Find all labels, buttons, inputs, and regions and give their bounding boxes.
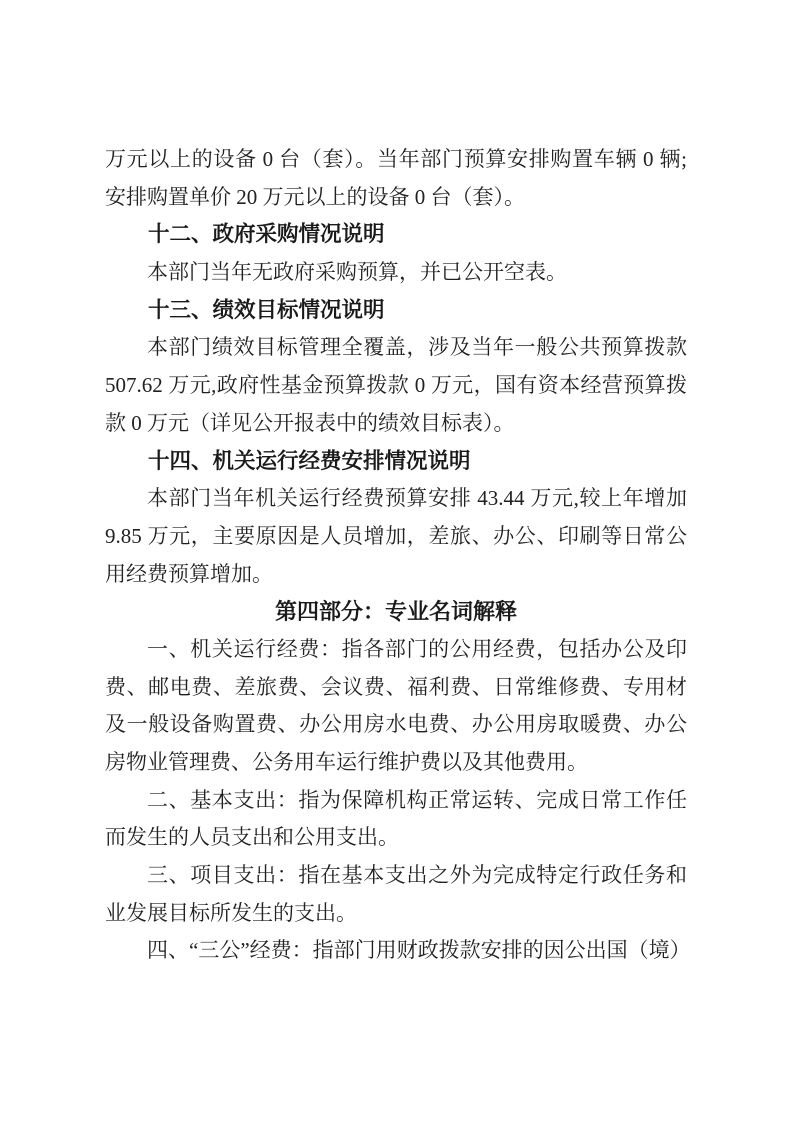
text-line: 用经费预算增加。 bbox=[105, 556, 687, 594]
term-project-expenditure-line: 三、项目支出：指在基本支出之外为完成特定行政任务和事 bbox=[105, 857, 687, 895]
term-basic-expenditure-line: 二、基本支出：指为保障机构正常运转、完成日常工作任务 bbox=[105, 782, 687, 820]
text-line: 款 0 万元（详见公开报表中的绩效目标表）。 bbox=[105, 405, 687, 443]
text-line: 万元以上的设备 0 台（套）。当年部门预算安排购置车辆 0 辆; bbox=[105, 141, 687, 179]
text-line: 业发展目标所发生的支出。 bbox=[105, 895, 687, 933]
heading-operating-funds: 十四、机关运行经费安排情况说明 bbox=[105, 443, 687, 481]
text-line: 安排购置单价 20 万元以上的设备 0 台（套）。 bbox=[105, 179, 687, 217]
document-body: 万元以上的设备 0 台（套）。当年部门预算安排购置车辆 0 辆; 安排购置单价 … bbox=[105, 141, 687, 970]
text-line: 本部门当年无政府采购预算，并已公开空表。 bbox=[105, 254, 687, 292]
document-page: 万元以上的设备 0 台（套）。当年部门预算安排购置车辆 0 辆; 安排购置单价 … bbox=[0, 0, 792, 1121]
text-line: 费、邮电费、差旅费、会议费、福利费、日常维修费、专用材料 bbox=[105, 669, 687, 707]
text-line: 房物业管理费、公务用车运行维护费以及其他费用。 bbox=[105, 744, 687, 782]
text-line: 9.85 万元，主要原因是人员增加，差旅、办公、印刷等日常公 bbox=[105, 518, 687, 556]
term-three-public-funds-line: 四、“三公”经费：指部门用财政拨款安排的因公出国（境） bbox=[105, 932, 687, 970]
text-line: 本部门当年机关运行经费预算安排 43.44 万元,较上年增加 bbox=[105, 480, 687, 518]
heading-performance-targets: 十三、绩效目标情况说明 bbox=[105, 292, 687, 330]
term-operating-funds-line: 一、机关运行经费：指各部门的公用经费，包括办公及印刷 bbox=[105, 631, 687, 669]
text-line: 507.62 万元,政府性基金预算拨款 0 万元，国有资本经营预算拨 bbox=[105, 367, 687, 405]
text-line: 而发生的人员支出和公用支出。 bbox=[105, 819, 687, 857]
text-line: 及一般设备购置费、办公用房水电费、办公用房取暖费、办公用 bbox=[105, 706, 687, 744]
heading-govt-procurement: 十二、政府采购情况说明 bbox=[105, 216, 687, 254]
heading-part4-terminology: 第四部分：专业名词解释 bbox=[105, 593, 687, 631]
text-line: 本部门绩效目标管理全覆盖，涉及当年一般公共预算拨款 bbox=[105, 329, 687, 367]
